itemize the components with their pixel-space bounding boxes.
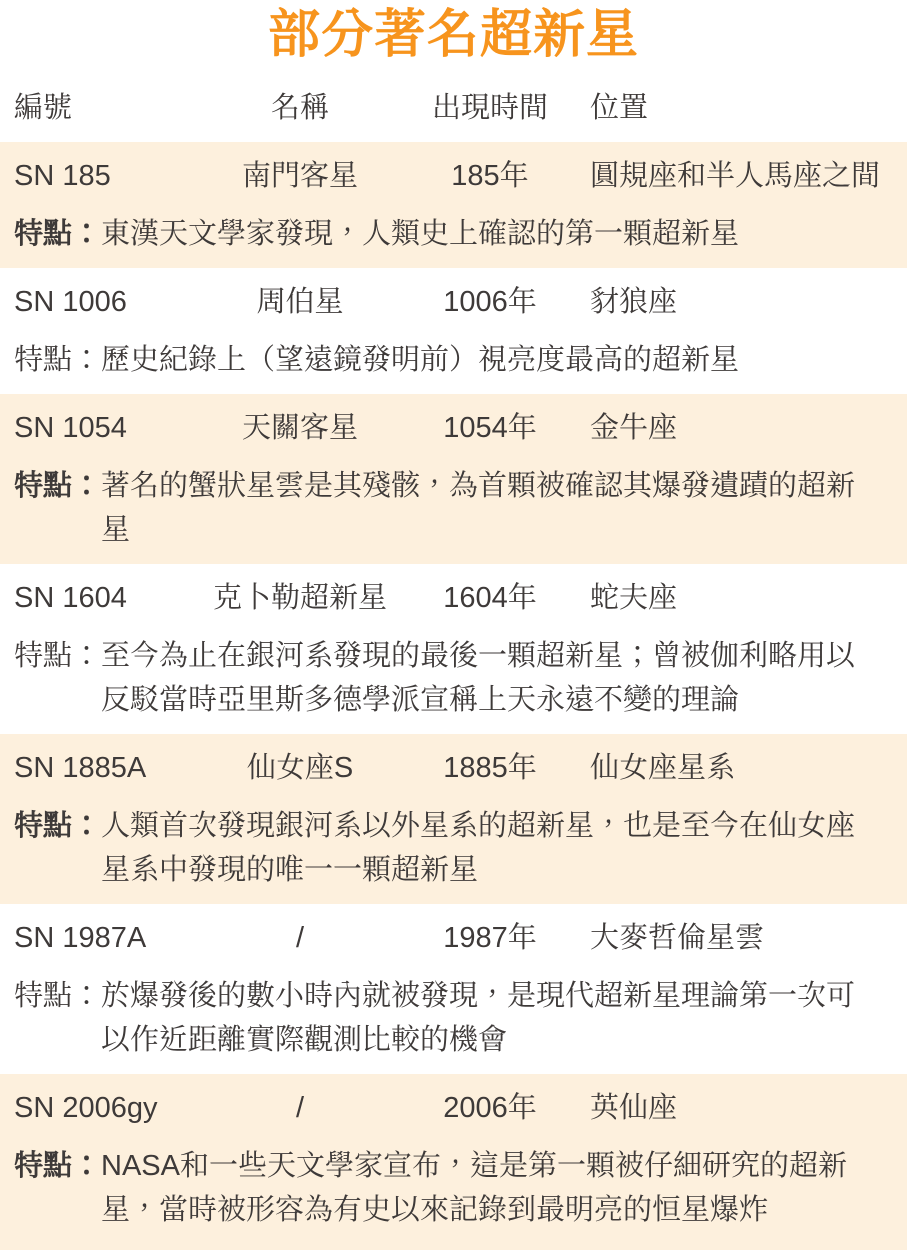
header-time: 出現時間 <box>390 88 590 128</box>
feature-label: 特點： <box>14 640 101 672</box>
supernova-location: 蛇夫座 <box>590 578 907 618</box>
table-row: SN 1987A / 1987年 大麥哲倫星雲 <box>0 918 907 958</box>
supernova-section: SN 1987A / 1987年 大麥哲倫星雲 特點：於爆發後的數小時內就被發現… <box>0 904 907 1074</box>
feature-text: 著名的蟹狀星雲是其殘骸，為首顆被確認其爆發遺蹟的超新星 <box>101 470 855 546</box>
supernova-id: SN 1054 <box>0 408 210 448</box>
feature-label: 特點： <box>14 980 101 1012</box>
feature-text: 至今為止在銀河系發現的最後一顆超新星；曾被伽利略用以反駁當時亞里斯多德學派宣稱上… <box>101 640 855 716</box>
table-row: SN 185 南門客星 185年 圓規座和半人馬座之間 <box>0 156 907 196</box>
supernova-feature: 特點：歷史紀錄上（望遠鏡發明前）視亮度最高的超新星 <box>0 338 907 382</box>
supernova-name: 克卜勒超新星 <box>210 578 390 618</box>
header-id: 編號 <box>0 88 210 128</box>
table-row: SN 1885A 仙女座S 1885年 仙女座星系 <box>0 748 907 788</box>
supernova-infographic: 部分著名超新星 編號 名稱 出現時間 位置 SN 185 南門客星 185年 圓… <box>0 0 907 1250</box>
feature-label: 特點： <box>14 344 101 376</box>
supernova-year: 1054年 <box>390 408 590 448</box>
table-header: 編號 名稱 出現時間 位置 <box>0 66 907 142</box>
feature-text: 人類首次發現銀河系以外星系的超新星，也是至今在仙女座星系中發現的唯一一顆超新星 <box>101 810 855 886</box>
supernova-location: 豺狼座 <box>590 282 907 322</box>
supernova-year: 1987年 <box>390 918 590 958</box>
supernova-name: / <box>210 1088 390 1128</box>
table-body: SN 185 南門客星 185年 圓規座和半人馬座之間 特點：東漢天文學家發現，… <box>0 142 907 1250</box>
supernova-id: SN 1006 <box>0 282 210 322</box>
supernova-section: SN 1885A 仙女座S 1885年 仙女座星系 特點：人類首次發現銀河系以外… <box>0 734 907 904</box>
feature-text: 東漢天文學家發現，人類史上確認的第一顆超新星 <box>101 218 739 250</box>
table-row: SN 1054 天關客星 1054年 金牛座 <box>0 408 907 448</box>
header-name: 名稱 <box>210 88 390 128</box>
header-location: 位置 <box>590 88 907 128</box>
supernova-feature: 特點：人類首次發現銀河系以外星系的超新星，也是至今在仙女座星系中發現的唯一一顆超… <box>0 804 907 892</box>
table-row: SN 1006 周伯星 1006年 豺狼座 <box>0 282 907 322</box>
supernova-section: SN 185 南門客星 185年 圓規座和半人馬座之間 特點：東漢天文學家發現，… <box>0 142 907 268</box>
supernova-feature: 特點：東漢天文學家發現，人類史上確認的第一顆超新星 <box>0 212 907 256</box>
supernova-feature: 特點：NASA和一些天文學家宣布，這是第一顆被仔細研究的超新星，當時被形容為有史… <box>0 1144 907 1232</box>
supernova-section: SN 1604 克卜勒超新星 1604年 蛇夫座 特點：至今為止在銀河系發現的最… <box>0 564 907 734</box>
supernova-name: / <box>210 918 390 958</box>
supernova-section: SN 1054 天關客星 1054年 金牛座 特點：著名的蟹狀星雲是其殘骸，為首… <box>0 394 907 564</box>
supernova-section: SN 1006 周伯星 1006年 豺狼座 特點：歷史紀錄上（望遠鏡發明前）視亮… <box>0 268 907 394</box>
feature-label: 特點： <box>14 1150 101 1182</box>
feature-text: 於爆發後的數小時內就被發現，是現代超新星理論第一次可以作近距離實際觀測比較的機會 <box>101 980 855 1056</box>
supernova-feature: 特點：至今為止在銀河系發現的最後一顆超新星；曾被伽利略用以反駁當時亞里斯多德學派… <box>0 634 907 722</box>
feature-text: NASA和一些天文學家宣布，這是第一顆被仔細研究的超新星，當時被形容為有史以來記… <box>101 1150 847 1226</box>
supernova-id: SN 1987A <box>0 918 210 958</box>
table-row: SN 2006gy / 2006年 英仙座 <box>0 1088 907 1128</box>
feature-label: 特點： <box>14 810 101 842</box>
supernova-feature: 特點：於爆發後的數小時內就被發現，是現代超新星理論第一次可以作近距離實際觀測比較… <box>0 974 907 1062</box>
supernova-location: 圓規座和半人馬座之間 <box>590 156 907 196</box>
supernova-id: SN 185 <box>0 156 210 196</box>
supernova-name: 天關客星 <box>210 408 390 448</box>
supernova-year: 1604年 <box>390 578 590 618</box>
supernova-id: SN 1885A <box>0 748 210 788</box>
supernova-name: 南門客星 <box>210 156 390 196</box>
table-row: SN 1604 克卜勒超新星 1604年 蛇夫座 <box>0 578 907 618</box>
supernova-name: 仙女座S <box>210 748 390 788</box>
supernova-name: 周伯星 <box>210 282 390 322</box>
supernova-year: 185年 <box>390 156 590 196</box>
supernova-location: 仙女座星系 <box>590 748 907 788</box>
supernova-location: 金牛座 <box>590 408 907 448</box>
supernova-year: 1006年 <box>390 282 590 322</box>
supernova-year: 1885年 <box>390 748 590 788</box>
supernova-location: 大麥哲倫星雲 <box>590 918 907 958</box>
page-title: 部分著名超新星 <box>0 6 907 66</box>
feature-label: 特點： <box>14 470 101 502</box>
supernova-year: 2006年 <box>390 1088 590 1128</box>
supernova-id: SN 2006gy <box>0 1088 210 1128</box>
feature-text: 歷史紀錄上（望遠鏡發明前）視亮度最高的超新星 <box>101 344 739 376</box>
feature-label: 特點： <box>14 218 101 250</box>
supernova-id: SN 1604 <box>0 578 210 618</box>
supernova-feature: 特點：著名的蟹狀星雲是其殘骸，為首顆被確認其爆發遺蹟的超新星 <box>0 464 907 552</box>
supernova-location: 英仙座 <box>590 1088 907 1128</box>
supernova-section: SN 2006gy / 2006年 英仙座 特點：NASA和一些天文學家宣布，這… <box>0 1074 907 1250</box>
